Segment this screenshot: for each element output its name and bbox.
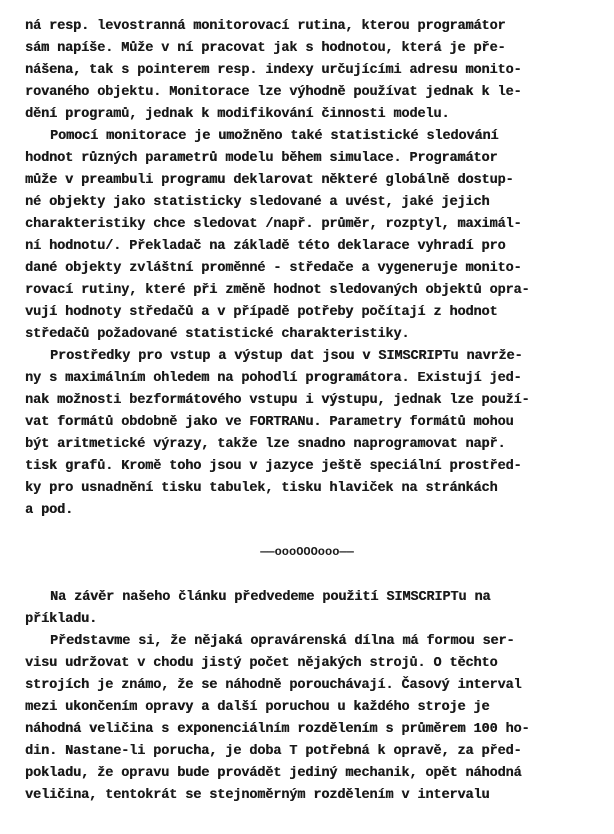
text-line: náhodná veličina s exponenciálním rozděl… [25, 721, 529, 739]
text-line: Na závěr našeho článku předvedeme použit… [50, 589, 490, 607]
typewritten-page: ná resp. levostranná monitorovací rutina… [0, 0, 614, 834]
text-line: nak možnosti bezformátového vstupu i výs… [25, 392, 529, 410]
text-line: charakteristiky chce sledovat /např. prů… [25, 216, 521, 234]
text-line: Představme si, že nějaká opravárenská dí… [50, 633, 514, 651]
text-line: strojích je známo, že se náhodně porouch… [25, 677, 521, 695]
text-line: ní hodnotu/. Překladač na základě této d… [25, 238, 505, 256]
text-line: Prostředky pro vstup a výstup dat jsou v… [50, 348, 522, 366]
text-line: rovací rutiny, které při změně hodnot sl… [25, 282, 529, 300]
text-line: a pod. [25, 502, 73, 520]
text-line: ky pro usnadnění tisku tabulek, tisku hl… [25, 480, 497, 498]
text-line: Pomocí monitorace je umožněno také stati… [50, 128, 498, 146]
text-line: pokladu, že opravu bude provádět jediný … [25, 765, 521, 783]
text-line: rovaného objektu. Monitorace lze výhodně… [25, 84, 521, 102]
text-line: může v preambuli programu deklarovat něk… [25, 172, 513, 190]
text-line: veličina, tentokrát se stejnoměrným rozd… [25, 787, 489, 805]
text-line: din. Nastane-li porucha, je doba T potře… [25, 743, 521, 761]
text-line: sám napíše. Může v ní pracovat jak s hod… [25, 40, 505, 58]
text-line: vat formátů obdobně jako ve FORTRANu. Pa… [25, 414, 513, 432]
text-line: dané objekty zvláštní proměnné - středač… [25, 260, 521, 278]
text-line: příkladu. [25, 611, 97, 629]
text-line: visu udržovat v chodu jistý počet nějaký… [25, 655, 497, 673]
text-line: nášena, tak s pointerem resp. indexy urč… [25, 62, 521, 80]
section-separator: ——oooOOOooo—— [0, 544, 614, 560]
text-line: mezi ukončením opravy a další poruchou u… [25, 699, 489, 717]
text-line: ná resp. levostranná monitorovací rutina… [25, 18, 505, 36]
text-line: tisk grafů. Kromě toho jsou v jazyce ješ… [25, 458, 521, 476]
text-line: ny s maximálním ohledem na pohodlí progr… [25, 370, 521, 388]
text-line: hodnot různých parametrů modelu během si… [25, 150, 497, 168]
text-line: vují hodnoty středačů a v případě potřeb… [25, 304, 497, 322]
text-line: středačů požadované statistické charakte… [25, 326, 409, 344]
text-line: né objekty jako statisticky sledované a … [25, 194, 489, 212]
text-line: dění programů, jednak k modifikování čin… [25, 106, 449, 124]
text-line: být aritmetické výrazy, takže lze snadno… [25, 436, 505, 454]
